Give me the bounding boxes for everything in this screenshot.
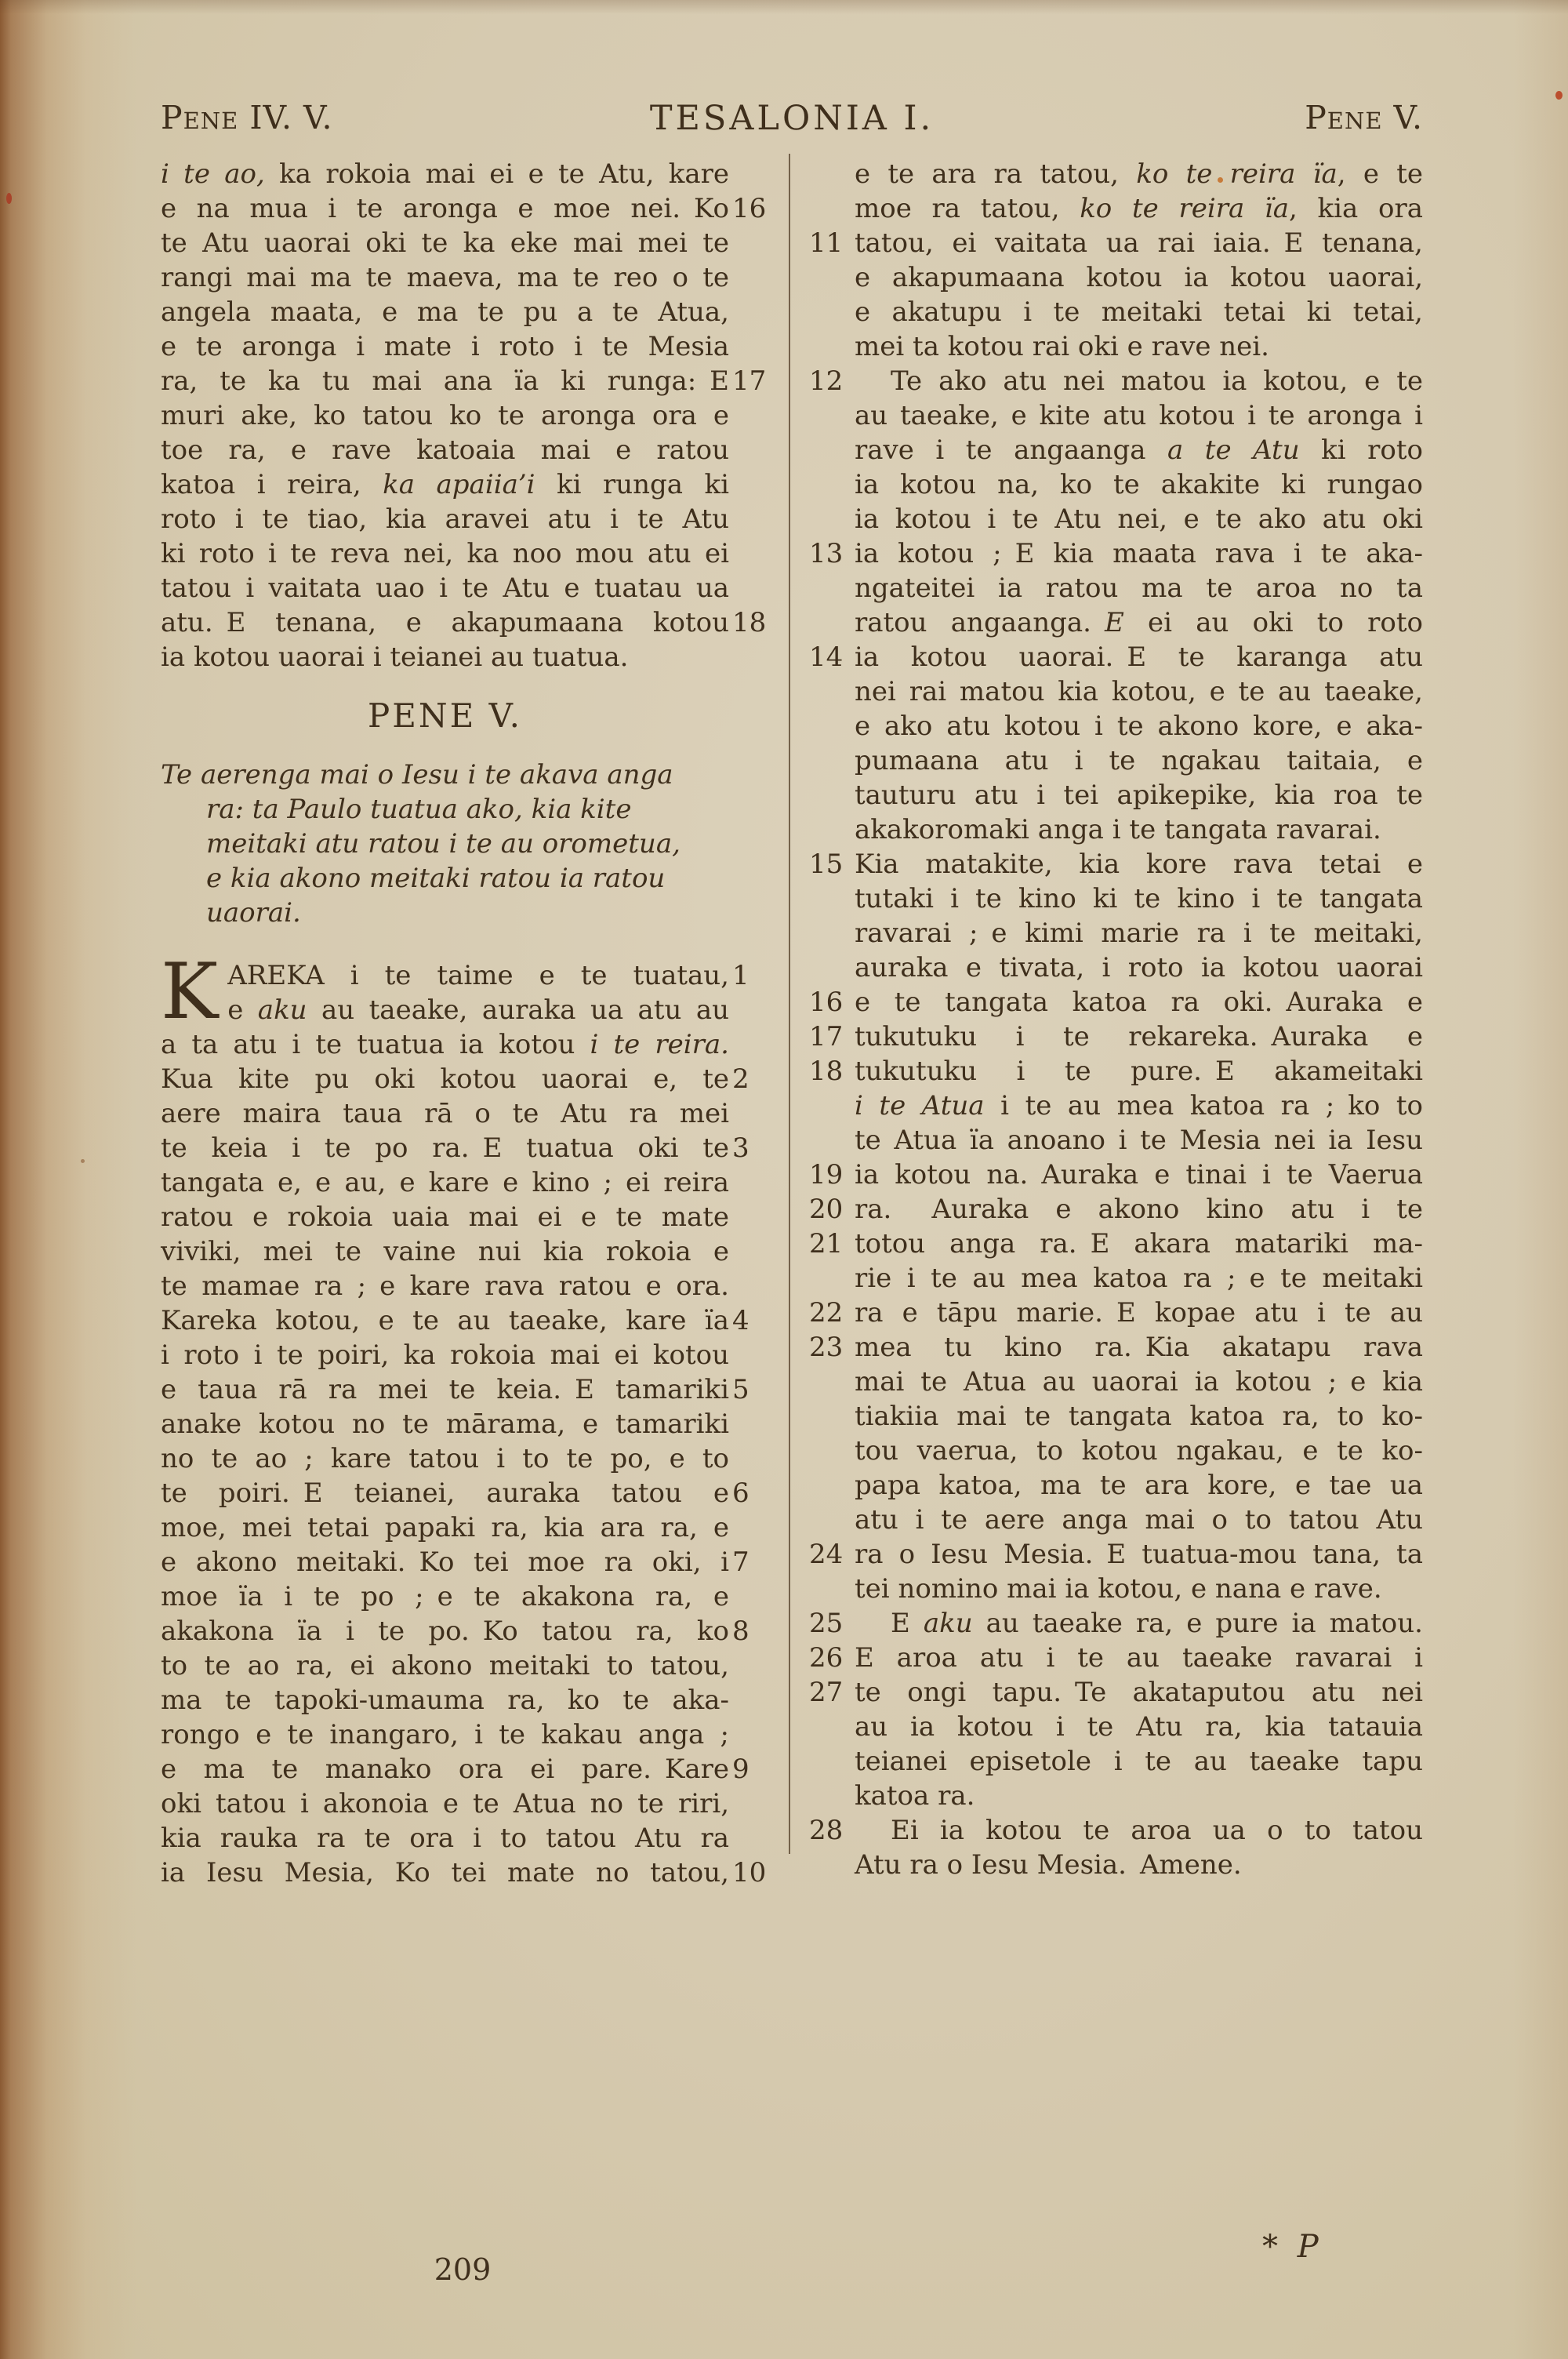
chapter-summary-line: uaorai. xyxy=(206,896,729,930)
text-run: atu. E tenana, e akapumaana kotou xyxy=(161,607,729,638)
verse-line: 6te poiri. E teianei, auraka tatou e xyxy=(161,1476,729,1510)
verse-line-text: e akapumaana kotou ia kotou uaorai, xyxy=(855,260,1423,295)
text-run: ratou angaanga. xyxy=(855,607,1105,638)
text-run: ra, te ka tu mai ana ïa ki runga: E xyxy=(161,365,729,397)
verse-line-text: oki tatou i akonoia e te Atua no te riri… xyxy=(161,1787,729,1821)
verse-number: 4 xyxy=(732,1303,781,1338)
verse-line-text: E aku au taeake ra, e pure ia matou. xyxy=(855,1606,1423,1641)
verse-line: 26E aroa atu i te au taeake ravarai i xyxy=(855,1641,1423,1675)
text-run: katoa i reira, xyxy=(161,469,383,500)
verse-line: 17tukutuku i te rekareka. Auraka e xyxy=(855,1020,1423,1054)
italic-phrase: ka apaiia’i xyxy=(383,469,535,500)
text-run: e te ara ra tatou, xyxy=(855,158,1136,190)
verse-line-text: ra, te ka tu mai ana ïa ki runga: E xyxy=(161,364,729,398)
text-run: te mamae ra ; e kare rava ratou e ora. xyxy=(161,1270,729,1302)
verse-number: 7 xyxy=(732,1545,781,1579)
verse-line: rongo e te inangaro, i te kakau anga ; xyxy=(161,1717,729,1752)
verse-line-text: te mamae ra ; e kare rava ratou e ora. xyxy=(161,1269,729,1303)
text-run: tatou, ei vaitata ua rai iaia. E tenana, xyxy=(855,227,1423,259)
chapter-summary-line: e kia akono meitaki ratou ia ratou xyxy=(206,861,729,896)
verse-line-text: e taua rā ra mei te keia. E tamariki xyxy=(161,1372,729,1407)
verse-block: K1AREKA i te taime e te tuatau,e aku au … xyxy=(161,958,729,1890)
text-run: au ia kotou i te Atu ra, kia tatauia xyxy=(855,1711,1423,1743)
verse-number: 9 xyxy=(732,1752,781,1787)
text-run: e taua rā ra mei te keia. E tamariki xyxy=(161,1374,729,1405)
text-run: ra. Auraka e akono kino atu i te xyxy=(855,1194,1423,1225)
text-run: Kua kite pu oki kotou uaorai e, te xyxy=(161,1063,729,1095)
verse-line: a ta atu i te tuatua ia kotou i te reira… xyxy=(161,1027,729,1062)
text-run: a ta atu i te tuatua ia kotou xyxy=(161,1029,590,1060)
text-run: AREKA i te taime e te tuatau, xyxy=(227,960,729,991)
text-run: , kia ora xyxy=(1289,193,1423,224)
italic-phrase: i te reira. xyxy=(590,1029,729,1060)
verse-line-text: rongo e te inangaro, i te kakau anga ; xyxy=(161,1717,729,1752)
text-run: ia kotou ; E kia maata rava i te aka- xyxy=(855,538,1423,569)
verse-line-text: e akono meitaki. Ko tei moe ra oki, i xyxy=(161,1545,729,1579)
text-run: tei nomino mai ia kotou, e nana e rave. xyxy=(855,1573,1382,1605)
verse-line: viviki, mei te vaine nui kia rokoia e xyxy=(161,1234,729,1269)
verse-line-text: au ia kotou i te Atu ra, kia tatauia xyxy=(855,1710,1423,1744)
page-number: 209 xyxy=(408,2252,517,2287)
text-run: e ako atu kotou i te akono kore, e aka- xyxy=(855,711,1423,742)
verse-line: ki roto i te reva nei, ka noo mou atu ei xyxy=(161,536,729,571)
verse-line: rie i te au mea katoa ra ; e te meitaki xyxy=(855,1261,1423,1296)
verse-line: roto i te tiao, kia aravei atu i te Atu xyxy=(161,502,729,536)
verse-line-text: Ei ia kotou te aroa ua o to tatou xyxy=(855,1813,1423,1848)
ink-speck xyxy=(6,193,12,204)
text-run: e te aronga i mate i roto i te Mesia xyxy=(161,331,729,362)
text-run: rave i te angaanga xyxy=(855,434,1167,466)
verse-line-text: tangata e, e au, e kare e kino ; ei reir… xyxy=(161,1165,729,1200)
verse-number: 20 xyxy=(809,1192,851,1227)
text-run: toe ra, e rave katoaia mai e ratou xyxy=(161,434,729,466)
verse-line: mai te Atua au uaorai ia kotou ; e kia xyxy=(855,1365,1423,1399)
text-run: no te ao ; kare tatou i to te po, e to xyxy=(161,1443,729,1474)
verse-line-text: tiakiia mai te tangata katoa ra, to ko- xyxy=(855,1399,1423,1434)
text-run: to te ao ra, ei akono meitaki to tatou, xyxy=(161,1650,729,1681)
verse-line-text: te ongi tapu. Te akataputou atu nei xyxy=(855,1675,1423,1710)
text-run: rongo e te inangaro, i te kakau anga ; xyxy=(161,1719,729,1750)
italic-phrase: E xyxy=(1105,607,1124,638)
verse-block: e te ara ra tatou, ko te reira ïa, e tem… xyxy=(855,157,1423,1882)
verse-number: 11 xyxy=(809,226,851,260)
chapter-heading: PENE V. xyxy=(161,698,729,734)
text-run: Te ako atu nei matou ia kotou, e te xyxy=(891,365,1423,397)
verse-line: e aku au taeake, auraka ua atu au xyxy=(161,993,729,1027)
text-run: Ei ia kotou te aroa ua o to tatou xyxy=(891,1815,1423,1846)
text-run: ra e tāpu marie. E kopae atu i te au xyxy=(855,1297,1423,1329)
verse-number: 2 xyxy=(732,1062,781,1096)
text-run: viviki, mei te vaine nui kia rokoia e xyxy=(161,1236,729,1267)
verse-line: 13ia kotou ; E kia maata rava i te aka- xyxy=(855,536,1423,571)
verse-line: au ia kotou i te Atu ra, kia tatauia xyxy=(855,1710,1423,1744)
verse-number: 10 xyxy=(732,1856,781,1890)
verse-line: 5e taua rā ra mei te keia. E tamariki xyxy=(161,1372,729,1407)
verse-line-text: te Atua ïa anoano i te Mesia nei ia Iesu xyxy=(855,1123,1423,1158)
verse-line-text: e na mua i te aronga e moe nei. Ko xyxy=(161,191,729,226)
text-run: akakona ïa i te po. Ko tatou ra, ko xyxy=(161,1616,729,1647)
verse-line: 19ia kotou na. Auraka e tinai i te Vaeru… xyxy=(855,1158,1423,1192)
verse-line: tauturu atu i tei apikepike, kia roa te xyxy=(855,778,1423,812)
text-run: moe ïa i te po ; e te akakona ra, e xyxy=(161,1581,729,1612)
text-run: mea tu kino ra. Kia akatapu rava xyxy=(855,1332,1423,1363)
text-run: teianei episetole i te au taeake tapu xyxy=(855,1746,1423,1777)
verse-line: 23mea tu kino ra. Kia akatapu rava xyxy=(855,1330,1423,1365)
verse-block: i te ao, ka rokoia mai ei e te Atu, kare… xyxy=(161,157,729,674)
verse-line: te Atua ïa anoano i te Mesia nei ia Iesu xyxy=(855,1123,1423,1158)
text-run: e akapumaana kotou ia kotou uaorai, xyxy=(855,262,1423,293)
verse-line: 10ia Iesu Mesia, Ko tei mate no tatou, xyxy=(161,1856,729,1890)
text-run: ia Iesu Mesia, Ko tei mate no tatou, xyxy=(161,1857,729,1888)
verse-line: anake kotou no te mārama, e tamariki xyxy=(161,1407,729,1441)
verse-line: akakoromaki anga i te tangata ravarai. xyxy=(855,812,1423,847)
verse-number: 25 xyxy=(809,1606,851,1641)
verse-line: aere maira taua rā o te Atu ra mei xyxy=(161,1096,729,1131)
verse-line-text: moe ra tatou, ko te reira ïa, kia ora xyxy=(855,191,1423,226)
verse-line: moe, mei tetai papaki ra, kia ara ra, e xyxy=(161,1510,729,1545)
verse-line-text: a ta atu i te tuatua ia kotou i te reira… xyxy=(161,1027,729,1062)
verse-number: 1 xyxy=(732,958,781,993)
verse-line-text: ia kotou uaorai. E te karanga atu xyxy=(855,640,1423,674)
verse-line-text: Atu ra o Iesu Mesia. Amene. xyxy=(855,1848,1423,1882)
verse-line-text: te Atu uaorai oki te ka eke mai mei te xyxy=(161,226,729,260)
text-run: auraka e tivata, i roto ia kotou uaorai xyxy=(855,952,1423,983)
verse-number: 15 xyxy=(809,847,851,881)
verse-line: ia kotou i te Atu nei, e te ako atu oki xyxy=(855,502,1423,536)
verse-line-text: e ako atu kotou i te akono kore, e aka- xyxy=(855,709,1423,743)
text-run: roto i te tiao, kia aravei atu i te Atu xyxy=(161,503,729,535)
text-run: te keia i te po ra. E tuatua oki te xyxy=(161,1132,729,1164)
text-run: e te tangata katoa ra oki. Auraka e xyxy=(855,987,1423,1018)
verse-line: nei rai matou kia kotou, e te au taeake, xyxy=(855,674,1423,709)
verse-line-text: rie i te au mea katoa ra ; e te meitaki xyxy=(855,1261,1423,1296)
verse-line: Atu ra o Iesu Mesia. Amene. xyxy=(855,1848,1423,1882)
text-run: ma te tapoki-umauma ra, ko te aka- xyxy=(161,1685,729,1716)
text-run: i roto i te poiri, ka rokoia mai ei koto… xyxy=(161,1339,729,1371)
verse-line-text: au taeake, e kite atu kotou i te aronga … xyxy=(855,398,1423,433)
text-run: tou vaerua, to kotou ngakau, e te ko- xyxy=(855,1435,1423,1467)
text-run: moe ra tatou, xyxy=(855,193,1080,224)
verse-line-text: rave i te angaanga a te Atu ki roto xyxy=(855,433,1423,467)
text-run: tauturu atu i tei apikepike, kia roa te xyxy=(855,780,1423,811)
verse-line: ravarai ; e kimi marie ra i te meitaki, xyxy=(855,916,1423,951)
text-run: ei au oki to roto xyxy=(1124,607,1423,638)
text-run: ngateitei ia ratou ma te aroa no ta xyxy=(855,572,1423,604)
verse-line-text: ia kotou na. Auraka e tinai i te Vaerua xyxy=(855,1158,1423,1192)
verse-line-text: i te ao, ka rokoia mai ei e te Atu, kare xyxy=(161,157,729,191)
verse-line: au taeake, e kite atu kotou i te aronga … xyxy=(855,398,1423,433)
italic-phrase: i te Atua xyxy=(855,1090,985,1121)
running-head-right: Pene V. xyxy=(1305,99,1423,136)
text-run: akakoromaki anga i te tangata ravarai. xyxy=(855,814,1381,845)
verse-line: e akapumaana kotou ia kotou uaorai, xyxy=(855,260,1423,295)
verse-line-text: akakoromaki anga i te tangata ravarai. xyxy=(855,812,1423,847)
verse-number: 19 xyxy=(809,1158,851,1192)
verse-line: moe ra tatou, ko te reira ïa, kia ora xyxy=(855,191,1423,226)
text-run: angela maata, e ma te pu a te Atua, xyxy=(161,296,729,328)
verse-line-text: atu i te aere anga mai o to tatou Atu xyxy=(855,1503,1423,1537)
text-run: e akono meitaki. Ko tei moe ra oki, i xyxy=(161,1547,729,1578)
italic-phrase: aku xyxy=(258,994,307,1026)
verse-line: tou vaerua, to kotou ngakau, e te ko- xyxy=(855,1434,1423,1468)
text-run: e na mua i te aronga e moe nei. Ko xyxy=(161,193,729,224)
verse-line: kia rauka ra te ora i to tatou Atu ra xyxy=(161,1821,729,1856)
verse-line: ratou e rokoia uaia mai ei e te mate xyxy=(161,1200,729,1234)
text-run: e ma te manako ora ei pare. Kare xyxy=(161,1754,729,1785)
verse-line-text: nei rai matou kia kotou, e te au taeake, xyxy=(855,674,1423,709)
text-run: aere maira taua rā o te Atu ra mei xyxy=(161,1098,729,1129)
text-run: e akatupu i te meitaki tetai ki tetai, xyxy=(855,296,1423,328)
verse-line-text: ia kotou i te Atu nei, e te ako atu oki xyxy=(855,502,1423,536)
verse-line-text: ia Iesu Mesia, Ko tei mate no tatou, xyxy=(161,1856,729,1890)
verse-line: 20ra. Auraka e akono kino atu i te xyxy=(855,1192,1423,1227)
verse-number: 6 xyxy=(732,1476,781,1510)
verse-line-text: tukutuku i te pure. E akameitaki xyxy=(855,1054,1423,1089)
verse-line: 11tatou, ei vaitata ua rai iaia. E tenan… xyxy=(855,226,1423,260)
verse-line-text: mai te Atua au uaorai ia kotou ; e kia xyxy=(855,1365,1423,1399)
verse-line-text: ra o Iesu Mesia. E tuatua-mou tana, ta xyxy=(855,1537,1423,1572)
verse-line-text: toe ra, e rave katoaia mai e ratou xyxy=(161,433,729,467)
ink-speck xyxy=(1555,91,1563,100)
text-run: ia kotou uaorai. E te karanga atu xyxy=(855,642,1423,673)
verse-line: 1AREKA i te taime e te tuatau, xyxy=(161,958,729,993)
verse-number: 26 xyxy=(809,1641,851,1675)
verse-line-text: angela maata, e ma te pu a te Atua, xyxy=(161,295,729,329)
verse-line-text: Kareka kotou, e te au taeake, kare ïa xyxy=(161,1303,729,1338)
verse-line: i te Atua i te au mea katoa ra ; ko to xyxy=(855,1089,1423,1123)
verse-number: 24 xyxy=(809,1537,851,1572)
text-run: tangata e, e au, e kare e kino ; ei reir… xyxy=(161,1167,729,1198)
verse-line-text: ra. Auraka e akono kino atu i te xyxy=(855,1192,1423,1227)
verse-line: 18atu. E tenana, e akapumaana kotou xyxy=(161,605,729,640)
verse-line: ratou angaanga. E ei au oki to roto xyxy=(855,605,1423,640)
verse-number: 18 xyxy=(732,605,781,640)
text-run: E aroa atu i te au taeake ravarai i xyxy=(855,1642,1423,1674)
verse-number: 21 xyxy=(809,1227,851,1261)
text-run: pumaana atu i te ngakau taitaia, e xyxy=(855,745,1423,776)
verse-line: ma te tapoki-umauma ra, ko te aka- xyxy=(161,1683,729,1717)
verse-line-text: e aku au taeake, auraka ua atu au xyxy=(161,993,729,1027)
verse-line: 15Kia matakite, kia kore rava tetai e xyxy=(855,847,1423,881)
verse-line-text: kia rauka ra te ora i to tatou Atu ra xyxy=(161,1821,729,1856)
verse-line: atu i te aere anga mai o to tatou Atu xyxy=(855,1503,1423,1537)
verse-line-text: AREKA i te taime e te tuatau, xyxy=(161,958,729,993)
text-run: Kareka kotou, e te au taeake, kare ïa xyxy=(161,1305,729,1336)
italic-phrase: ko te reira ïa xyxy=(1080,193,1289,224)
verse-line: 22ra e tāpu marie. E kopae atu i te au xyxy=(855,1296,1423,1330)
verse-line-text: atu. E tenana, e akapumaana kotou xyxy=(161,605,729,640)
verse-number: 16 xyxy=(809,985,851,1020)
verse-line: 24ra o Iesu Mesia. E tuatua-mou tana, ta xyxy=(855,1537,1423,1572)
verse-number: 23 xyxy=(809,1330,851,1365)
verse-line: 14ia kotou uaorai. E te karanga atu xyxy=(855,640,1423,674)
verse-line: i roto i te poiri, ka rokoia mai ei koto… xyxy=(161,1338,729,1372)
text-run: e xyxy=(227,994,258,1026)
verse-line-text: e akatupu i te meitaki tetai ki tetai, xyxy=(855,295,1423,329)
verse-line: mei ta kotou rai oki e rave nei. xyxy=(855,329,1423,364)
verse-line: tutaki i te kino ki te kino i te tangata xyxy=(855,881,1423,916)
verse-line: tangata e, e au, e kare e kino ; ei reir… xyxy=(161,1165,729,1200)
verse-line: toe ra, e rave katoaia mai e ratou xyxy=(161,433,729,467)
italic-phrase: i te ao, xyxy=(161,158,265,190)
text-run: mai te Atua au uaorai ia kotou ; e kia xyxy=(855,1366,1423,1398)
text-run: tatou i vaitata uao i te Atu e tuatau ua xyxy=(161,572,729,604)
verse-line: ia kotou uaorai i teianei au tuatua. xyxy=(161,640,729,674)
text-run: rangi mai ma te maeva, ma te reo o te xyxy=(161,262,729,293)
verse-line: papa katoa, ma te ara kore, e tae ua xyxy=(855,1468,1423,1503)
verse-line: 25E aku au taeake ra, e pure ia matou. xyxy=(855,1606,1423,1641)
text-run: ratou e rokoia uaia mai ei e te mate xyxy=(161,1201,729,1233)
text-run: te ongi tapu. Te akataputou atu nei xyxy=(855,1677,1423,1708)
verse-line-text: anake kotou no te mārama, e tamariki xyxy=(161,1407,729,1441)
verse-line-text: to te ao ra, ei akono meitaki to tatou, xyxy=(161,1648,729,1683)
verse-line: ia kotou na, ko te akakite ki rungao xyxy=(855,467,1423,502)
text-run: ia kotou na, ko te akakite ki rungao xyxy=(855,469,1423,500)
verse-line-text: ngateitei ia ratou ma te aroa no ta xyxy=(855,571,1423,605)
verse-line-text: aere maira taua rā o te Atu ra mei xyxy=(161,1096,729,1131)
verse-line-text: ia kotou uaorai i teianei au tuatua. xyxy=(161,640,729,674)
verse-line-text: tatou i vaitata uao i te Atu e tuatau ua xyxy=(161,571,729,605)
verse-line: e te aronga i mate i roto i te Mesia xyxy=(161,329,729,364)
verse-line: 18tukutuku i te pure. E akameitaki xyxy=(855,1054,1423,1089)
text-run: ki roto xyxy=(1300,434,1423,466)
verse-line-text: e ma te manako ora ei pare. Kare xyxy=(161,1752,729,1787)
verse-line: ngateitei ia ratou ma te aroa no ta xyxy=(855,571,1423,605)
verse-line-text: katoa i reira, ka apaiia’i ki runga ki xyxy=(161,467,729,502)
verse-line: 28Ei ia kotou te aroa ua o to tatou xyxy=(855,1813,1423,1848)
verse-line-text: akakona ïa i te po. Ko tatou ra, ko xyxy=(161,1614,729,1648)
verse-line-text: te keia i te po ra. E tuatua oki te xyxy=(161,1131,729,1165)
verse-line-text: i te Atua i te au mea katoa ra ; ko to xyxy=(855,1089,1423,1123)
verse-line: 21totou anga ra. E akara matariki ma- xyxy=(855,1227,1423,1261)
verse-line: muri ake, ko tatou ko te aronga ora e xyxy=(161,398,729,433)
ink-speck xyxy=(1218,177,1223,183)
verse-line: e akatupu i te meitaki tetai ki tetai, xyxy=(855,295,1423,329)
text-run: tiakiia mai te tangata katoa ra, to ko- xyxy=(855,1401,1423,1432)
verse-line: 16e te tangata katoa ra oki. Auraka e xyxy=(855,985,1423,1020)
text-run: ia kotou na. Auraka e tinai i te Vaerua xyxy=(855,1159,1423,1190)
text-run: , e te xyxy=(1338,158,1423,190)
verse-line-text: e te tangata katoa ra oki. Auraka e xyxy=(855,985,1423,1020)
italic-phrase: aku xyxy=(924,1608,973,1639)
verse-line-text: ma te tapoki-umauma ra, ko te aka- xyxy=(161,1683,729,1717)
text-run: oki tatou i akonoia e te Atua no te riri… xyxy=(161,1788,729,1819)
ink-speck xyxy=(81,1159,85,1163)
text-run: i te au mea katoa ra ; ko to xyxy=(985,1090,1423,1121)
text-run: au taeake ra, e pure ia matou. xyxy=(973,1608,1423,1639)
text-run: ra o Iesu Mesia. E tuatua-mou tana, ta xyxy=(855,1539,1423,1570)
chapter-summary-line: meitaki atu ratou i te au orometua, xyxy=(206,827,729,861)
verse-line: tiakiia mai te tangata katoa ra, to ko- xyxy=(855,1399,1423,1434)
verse-number: 5 xyxy=(732,1372,781,1407)
text-run: ravarai ; e kimi marie ra i te meitaki, xyxy=(855,918,1423,949)
verse-number: 16 xyxy=(732,191,781,226)
verse-line: te mamae ra ; e kare rava ratou e ora. xyxy=(161,1269,729,1303)
verse-line-text: ratou angaanga. E ei au oki to roto xyxy=(855,605,1423,640)
verse-line-text: mea tu kino ra. Kia akatapu rava xyxy=(855,1330,1423,1365)
chapter-summary-line: ra: ta Paulo tuatua ako, kia kite xyxy=(206,792,729,827)
verse-line-text: te poiri. E teianei, auraka tatou e xyxy=(161,1476,729,1510)
verse-line: te Atu uaorai oki te ka eke mai mei te xyxy=(161,226,729,260)
text-run: moe, mei tetai papaki ra, kia ara ra, e xyxy=(161,1512,729,1543)
italic-phrase: a te Atu xyxy=(1167,434,1300,466)
verse-line: 9e ma te manako ora ei pare. Kare xyxy=(161,1752,729,1787)
verse-line: 4Kareka kotou, e te au taeake, kare ïa xyxy=(161,1303,729,1338)
text-run: nei rai matou kia kotou, e te au taeake, xyxy=(855,676,1423,707)
text-run: papa katoa, ma te ara kore, e tae ua xyxy=(855,1470,1423,1501)
verse-number: 28 xyxy=(809,1813,851,1848)
text-run: tutaki i te kino ki te kino i te tangata xyxy=(855,883,1423,914)
verse-line: 12Te ako atu nei matou ia kotou, e te xyxy=(855,364,1423,398)
verse-line: angela maata, e ma te pu a te Atua, xyxy=(161,295,729,329)
verse-line: tei nomino mai ia kotou, e nana e rave. xyxy=(855,1572,1423,1606)
verse-line-text: tei nomino mai ia kotou, e nana e rave. xyxy=(855,1572,1423,1606)
verse-number: 17 xyxy=(732,364,781,398)
verse-line: moe ïa i te po ; e te akakona ra, e xyxy=(161,1579,729,1614)
verse-line: auraka e tivata, i roto ia kotou uaorai xyxy=(855,951,1423,985)
verse-line-text: auraka e tivata, i roto ia kotou uaorai xyxy=(855,951,1423,985)
verse-line: oki tatou i akonoia e te Atua no te riri… xyxy=(161,1787,729,1821)
signature-mark: * P xyxy=(1262,2229,1323,2265)
text-column-left: i te ao, ka rokoia mai ei e te Atu, kare… xyxy=(161,157,729,1890)
text-run: au taeake, auraka ua atu au xyxy=(307,994,729,1026)
verse-line-text: E aroa atu i te au taeake ravarai i xyxy=(855,1641,1423,1675)
text-run: anake kotou no te mārama, e tamariki xyxy=(161,1408,729,1440)
text-run: te Atua ïa anoano i te Mesia nei ia Iesu xyxy=(855,1125,1423,1156)
verse-line-text: tukutuku i te rekareka. Auraka e xyxy=(855,1020,1423,1054)
verse-line-text: tutaki i te kino ki te kino i te tangata xyxy=(855,881,1423,916)
verse-line-text: Te ako atu nei matou ia kotou, e te xyxy=(855,364,1423,398)
text-run: atu i te aere anga mai o to tatou Atu xyxy=(855,1504,1423,1536)
verse-line-text: teianei episetole i te au taeake tapu xyxy=(855,1744,1423,1779)
text-run: totou anga ra. E akara matariki ma- xyxy=(855,1228,1423,1259)
verse-line-text: tauturu atu i tei apikepike, kia roa te xyxy=(855,778,1423,812)
verse-line-text: mei ta kotou rai oki e rave nei. xyxy=(855,329,1423,364)
text-run: ia kotou uaorai i teianei au tuatua. xyxy=(161,642,628,673)
text-run: Kia matakite, kia kore rava tetai e xyxy=(855,849,1423,880)
verse-line: to te ao ra, ei akono meitaki to tatou, xyxy=(161,1648,729,1683)
verse-line-text: pumaana atu i te ngakau taitaia, e xyxy=(855,743,1423,778)
text-run: te poiri. E teianei, auraka tatou e xyxy=(161,1478,729,1509)
book-page-photo: Pene IV. V. TESALONIA I. Pene V. i te ao… xyxy=(0,0,1568,2359)
verse-number: 27 xyxy=(809,1675,851,1710)
verse-line-text: ravarai ; e kimi marie ra i te meitaki, xyxy=(855,916,1423,951)
verse-line-text: no te ao ; kare tatou i to te po, e to xyxy=(161,1441,729,1476)
text-run: ki runga ki xyxy=(535,469,729,500)
verse-line-text: moe, mei tetai papaki ra, kia ara ra, e xyxy=(161,1510,729,1545)
verse-line: e ako atu kotou i te akono kore, e aka- xyxy=(855,709,1423,743)
text-run: ia kotou i te Atu nei, e te ako atu oki xyxy=(855,503,1423,535)
text-run: au taeake, e kite atu kotou i te aronga … xyxy=(855,400,1423,431)
verse-line: no te ao ; kare tatou i to te po, e to xyxy=(161,1441,729,1476)
verse-line-text: e te ara ra tatou, ko te reira ïa, e te xyxy=(855,157,1423,191)
chapter-summary: Te aerenga mai o Iesu i te akava angara:… xyxy=(161,758,729,930)
text-run: katoa ra. xyxy=(855,1780,975,1812)
verse-number: 12 xyxy=(809,364,851,398)
chapter-summary-line: Te aerenga mai o Iesu i te akava anga xyxy=(161,758,729,792)
verse-line-text: moe ïa i te po ; e te akakona ra, e xyxy=(161,1579,729,1614)
text-run: muri ake, ko tatou ko te aronga ora e xyxy=(161,400,729,431)
verse-line: teianei episetole i te au taeake tapu xyxy=(855,1744,1423,1779)
verse-line: katoa i reira, ka apaiia’i ki runga ki xyxy=(161,467,729,502)
italic-phrase: ko te reira ïa xyxy=(1136,158,1338,190)
text-run: Atu ra o Iesu Mesia. Amene. xyxy=(855,1849,1242,1881)
text-run: te Atu uaorai oki te ka eke mai mei te xyxy=(161,227,729,259)
verse-line-text: ki roto i te reva nei, ka noo mou atu ei xyxy=(161,536,729,571)
text-run: ki roto i te reva nei, ka noo mou atu ei xyxy=(161,538,729,569)
book-title: TESALONIA I. xyxy=(161,99,1423,138)
verse-line-text: Kia matakite, kia kore rava tetai e xyxy=(855,847,1423,881)
